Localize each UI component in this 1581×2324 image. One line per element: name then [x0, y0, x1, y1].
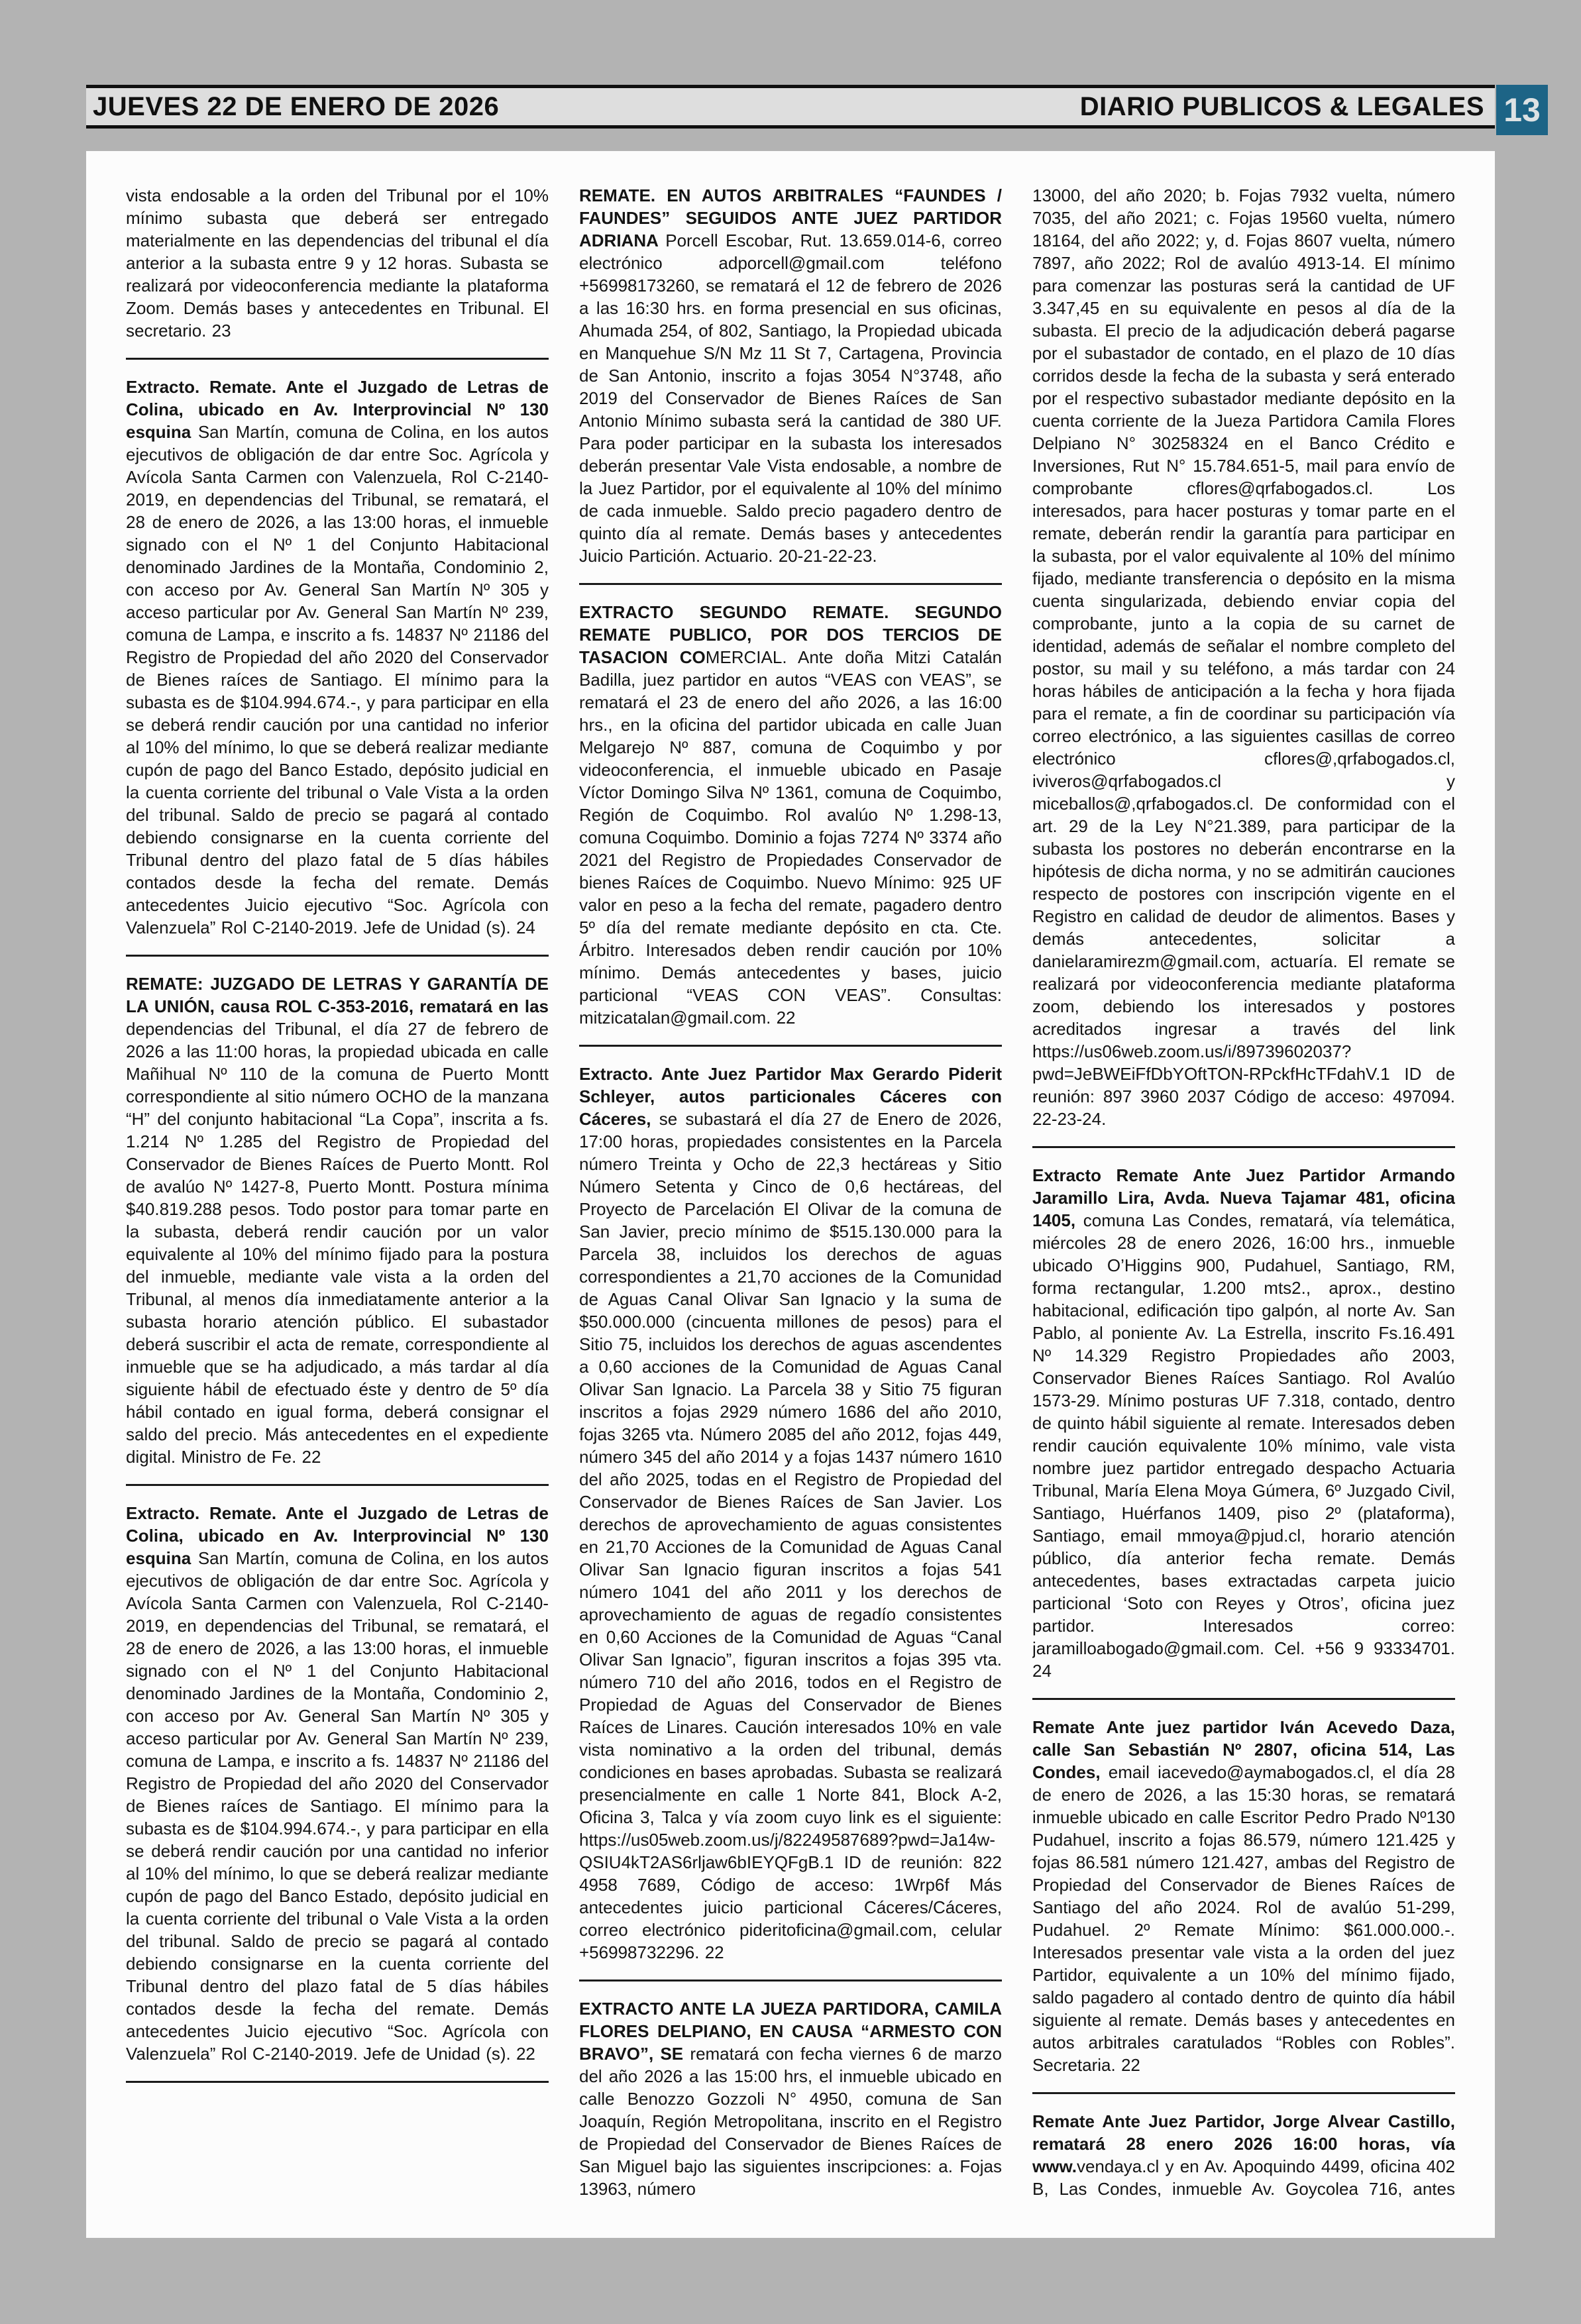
newspaper-page: JUEVES 22 DE ENERO DE 2026 DIARIO PUBLIC… [0, 85, 1581, 2238]
notice-body: vista endosable a la orden del Tribunal … [126, 185, 549, 341]
page-number-badge: 13 [1496, 85, 1548, 135]
notice-separator [579, 583, 1002, 585]
legal-notice: Extracto. Remate. Ante el Juzgado de Let… [126, 376, 549, 939]
legal-notice: vista endosable a la orden del Tribunal … [126, 184, 549, 342]
notice-body: se subastará el día 27 de Enero de 2026,… [579, 1109, 1002, 1962]
edition-date: JUEVES 22 DE ENERO DE 2026 [93, 92, 499, 122]
notice-separator [126, 955, 549, 957]
masthead: JUEVES 22 DE ENERO DE 2026 DIARIO PUBLIC… [86, 85, 1495, 129]
legal-notice: REMATE. EN AUTOS ARBITRALES “FAUNDES / F… [579, 184, 1002, 567]
notice-body: email iacevedo@aymabogados.cl, el día 28… [1032, 1762, 1455, 2075]
notice-separator [579, 1045, 1002, 1047]
notice-body: San Martín, comuna de Colina, en los aut… [126, 422, 549, 937]
legal-notice: REMATE: JUZGADO DE LETRAS Y GARANTÍA DE … [126, 973, 549, 1468]
notice-separator [1032, 2092, 1455, 2094]
notice-body: 13000, del año 2020; b. Fojas 7932 vuelt… [1032, 185, 1455, 1129]
column-2: REMATE. EN AUTOS ARBITRALES “FAUNDES / F… [579, 184, 1002, 2205]
notice-body: Porcell Escobar, Rut. 13.659.014-6, corr… [579, 231, 1002, 566]
legal-notice: EXTRACTO ANTE LA JUEZA PARTIDORA, CAMILA… [579, 1997, 1002, 2200]
notice-body: rematará con fecha viernes 6 de marzo de… [579, 2044, 1002, 2199]
column-3: 13000, del año 2020; b. Fojas 7932 vuelt… [1032, 184, 1455, 2205]
legal-notice: 13000, del año 2020; b. Fojas 7932 vuelt… [1032, 184, 1455, 1130]
legal-notice: EXTRACTO SEGUNDO REMATE. SEGUNDO REMATE … [579, 601, 1002, 1029]
notice-separator [1032, 1698, 1455, 1700]
columns-container: vista endosable a la orden del Tribunal … [126, 184, 1455, 2205]
notice-separator [126, 2081, 549, 2083]
notice-body: comuna Las Condes, rematará, vía telemát… [1032, 1210, 1455, 1681]
notice-separator [579, 1980, 1002, 1981]
column-1: vista endosable a la orden del Tribunal … [126, 184, 549, 2205]
legal-notice: Extracto Remate Ante Juez Partidor Arman… [1032, 1164, 1455, 1682]
legal-notice: Remate Ante juez partidor Iván Acevedo D… [1032, 1716, 1455, 2076]
notices-content-card: vista endosable a la orden del Tribunal … [86, 151, 1495, 2238]
notice-separator [126, 1484, 549, 1486]
notice-lead: REMATE: JUZGADO DE LETRAS Y GARANTÍA DE … [126, 974, 549, 1016]
legal-notice: Extracto. Remate. Ante el Juzgado de Let… [126, 1502, 549, 2065]
notice-body: vendaya.cl y en Av. Apoquindo 4499, ofic… [1032, 2156, 1455, 2205]
notice-body: MERCIAL. Ante doña Mitzi Catalán Badilla… [579, 647, 1002, 1028]
notice-separator [126, 358, 549, 360]
legal-notice: Extracto. Ante Juez Partidor Max Gerardo… [579, 1063, 1002, 1964]
legal-notice: Remate Ante Juez Partidor, Jorge Alvear … [1032, 2110, 1455, 2205]
notice-body: San Martín, comuna de Colina, en los aut… [126, 1548, 549, 2064]
notice-separator [1032, 1146, 1455, 1148]
masthead-title: DIARIO PUBLICOS & LEGALES [1080, 92, 1484, 122]
notice-body: dependencias del Tribunal, el día 27 de … [126, 1019, 549, 1467]
